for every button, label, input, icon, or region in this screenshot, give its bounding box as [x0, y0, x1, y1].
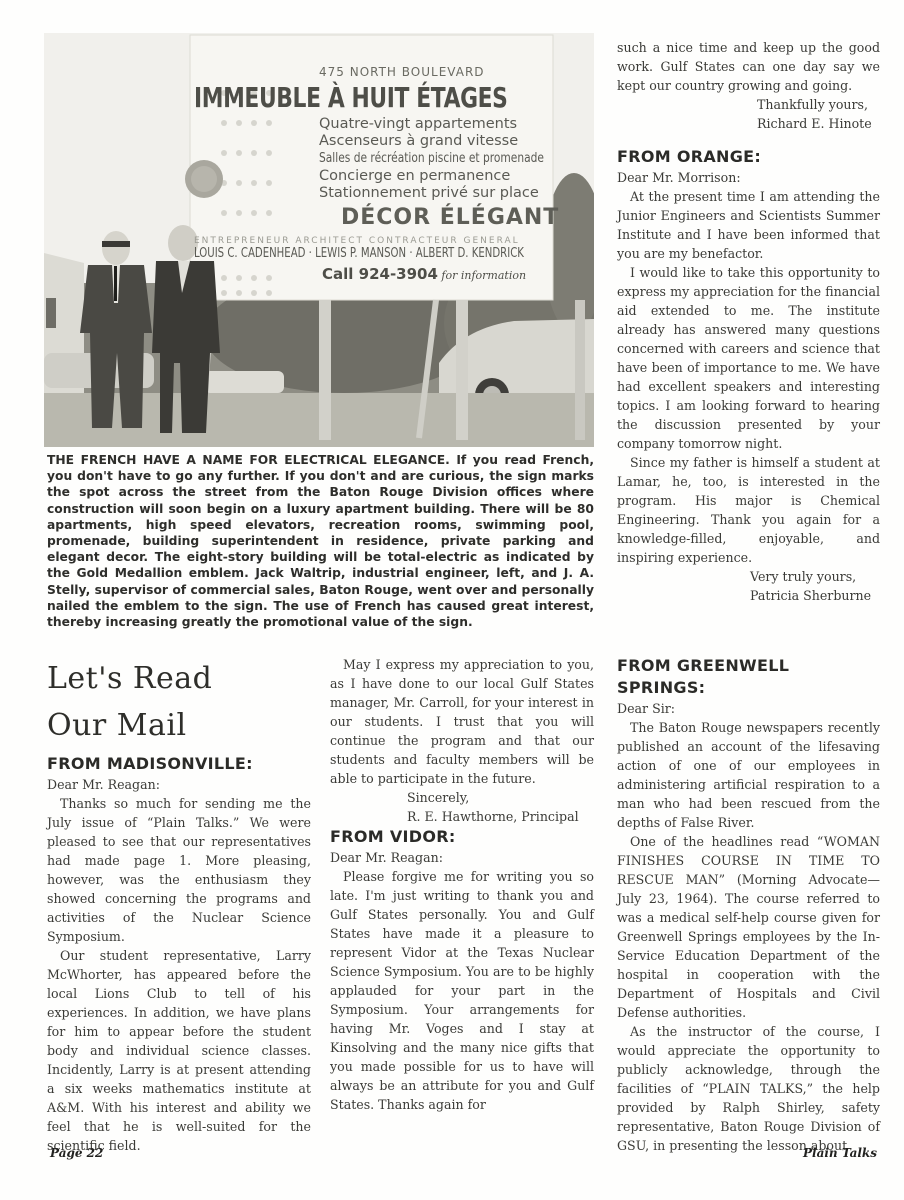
- letter-paragraph: May I express my appreciation to you, as…: [330, 655, 594, 788]
- closing: Sincerely,: [330, 788, 594, 807]
- sign-roles: ENTREPRENEUR ARCHITECT CONTRACTEUR GENER…: [194, 236, 520, 246]
- salutation: Dear Mr. Reagan:: [330, 848, 594, 867]
- article-title: Let's Read Our Mail: [47, 655, 311, 749]
- sign-title: IMMEUBLE À HUIT ÉTAGES: [194, 81, 507, 114]
- photo-sign-with-two-men: 475 NORTH BOULEVARD IMMEUBLE À HUIT ÉTAG…: [44, 33, 594, 447]
- sign-phone-number: Call 924-3904: [322, 265, 438, 283]
- article-title-line1: Let's Read: [47, 655, 311, 702]
- caption-lead: THE FRENCH HAVE A NAME FOR ELECTRICAL EL…: [47, 453, 450, 467]
- letter-heading-greenwell-springs: FROM GREENWELL SPRINGS:: [617, 655, 880, 699]
- letter-heading-vidor: FROM VIDOR:: [330, 826, 594, 848]
- letter-paragraph: I would like to take this opportunity to…: [617, 263, 880, 453]
- sign-line: Salles de récréation piscine et promenad…: [319, 151, 544, 166]
- letter-paragraph: Since my father is himself a student at …: [617, 453, 880, 567]
- letter-paragraph: The Baton Rouge newspapers recently publ…: [617, 718, 880, 832]
- sign-address: 475 NORTH BOULEVARD: [319, 65, 485, 79]
- article-title-line2: Our Mail: [47, 702, 311, 749]
- letter-heading-orange: FROM ORANGE:: [617, 146, 880, 168]
- letter-paragraph: At the present time I am attending the J…: [617, 187, 880, 263]
- continued-paragraph: such a nice time and keep up the good wo…: [617, 38, 880, 95]
- letter-heading-madisonville: FROM MADISONVILLE:: [47, 753, 311, 775]
- sign-line: Quatre-vingt appartements: [319, 116, 517, 132]
- signature: Richard E. Hinote: [617, 114, 880, 133]
- letter-paragraph: Our student representative, Larry McWhor…: [47, 946, 311, 1155]
- sign-line: Concierge en permanence: [319, 168, 510, 184]
- salutation: Dear Sir:: [617, 699, 880, 718]
- sign-line: Ascenseurs à grand vitesse: [319, 133, 518, 149]
- salutation: Dear Mr. Reagan:: [47, 775, 311, 794]
- column-right-top: such a nice time and keep up the good wo…: [617, 38, 880, 605]
- signature: R. E. Hawthorne, Principal: [330, 807, 594, 826]
- sign-line: Stationnement privé sur place: [319, 185, 539, 201]
- closing: Thankfully yours,: [617, 95, 880, 114]
- photo-caption: THE FRENCH HAVE A NAME FOR ELECTRICAL EL…: [47, 452, 594, 630]
- salutation: Dear Mr. Morrison:: [617, 168, 880, 187]
- letter-paragraph: Thanks so much for sending me the July i…: [47, 794, 311, 946]
- column-left: Let's Read Our Mail FROM MADISONVILLE: D…: [47, 655, 311, 1155]
- signature: Patricia Sherburne: [617, 586, 880, 605]
- caption-body: If you read French, you don't have to go…: [47, 453, 594, 629]
- sign-phone-suffix: for information: [438, 269, 526, 282]
- sign-names: LOUIS C. CADENHEAD · LEWIS P. MANSON · A…: [194, 246, 524, 261]
- sign-phone: Call 924-3904 for information: [322, 265, 526, 283]
- letter-paragraph: One of the headlines read “WOMAN FINISHE…: [617, 832, 880, 1022]
- letter-paragraph: Please forgive me for writing you so lat…: [330, 867, 594, 1114]
- letter-paragraph: As the instructor of the course, I would…: [617, 1022, 880, 1155]
- page-number: Page 22: [50, 1146, 103, 1160]
- sign-decor: DÉCOR ÉLÉGANT: [341, 205, 559, 230]
- column-right-bottom: FROM GREENWELL SPRINGS: Dear Sir: The Ba…: [617, 655, 880, 1155]
- column-middle: May I express my appreciation to you, as…: [330, 655, 594, 1114]
- closing: Very truly yours,: [617, 567, 880, 586]
- publication-name: Plain Talks: [803, 1146, 877, 1160]
